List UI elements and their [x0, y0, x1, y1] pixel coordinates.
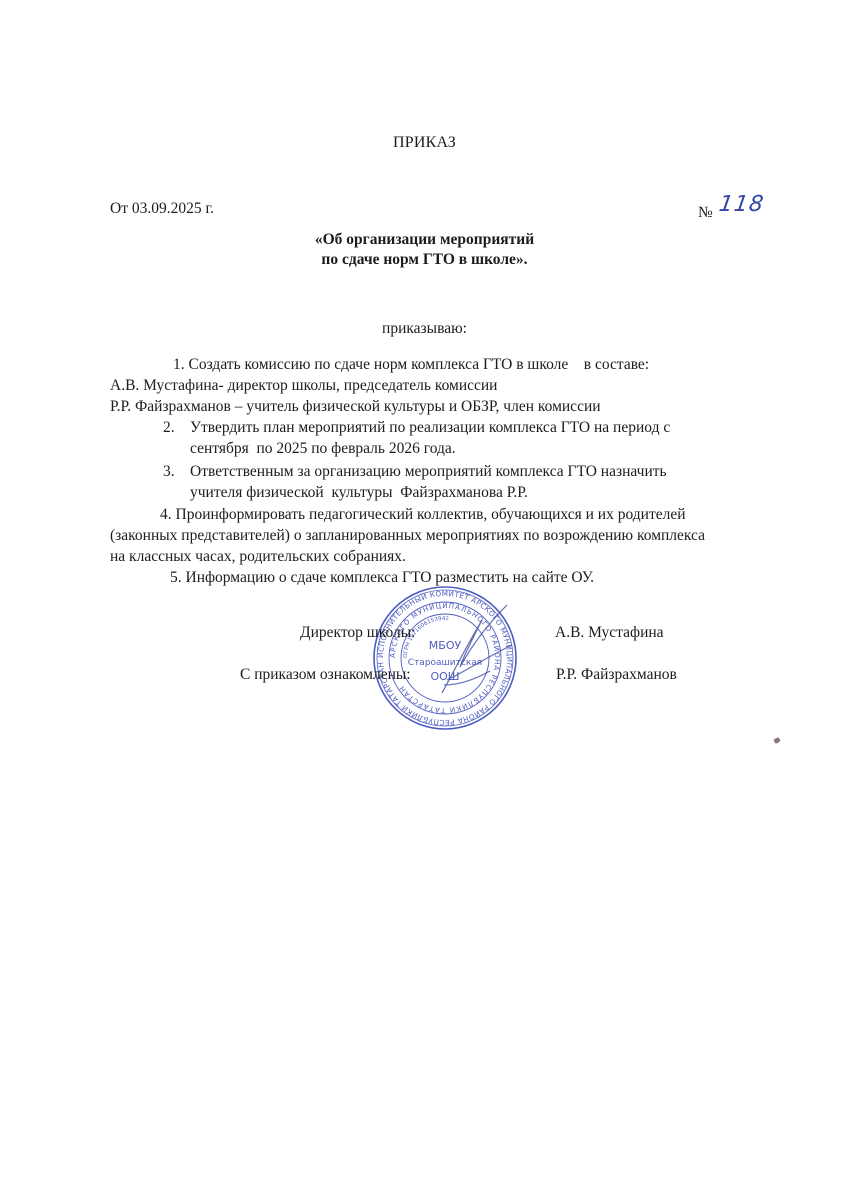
item-1-text: Создать комиссию по сдаче норм комплекса… — [189, 356, 650, 373]
number-sign: № — [698, 204, 713, 221]
order-number: №118 — [698, 192, 764, 217]
item-4-line-2: (законных представителей) о запланирован… — [110, 527, 705, 545]
item-2-line-1: Утвердить план мероприятий по реализации… — [190, 419, 670, 437]
decree-word: приказываю: — [0, 320, 849, 338]
item-4-number: 4. — [160, 506, 172, 523]
scan-speck — [773, 737, 781, 744]
commission-member-2: Р.Р. Файзрахманов – учитель физической к… — [110, 398, 601, 416]
item-3-number: 3. — [163, 463, 175, 481]
document-title: ПРИКАЗ — [0, 134, 849, 152]
order-date: От 03.09.2025 г. — [110, 200, 214, 218]
commission-member-1: А.В. Мустафина- директор школы, председа… — [110, 377, 497, 395]
item-4-line-3: на классных часах, родительских собрания… — [110, 548, 406, 566]
item-4-line-1: 4. Проинформировать педагогический колле… — [160, 506, 686, 524]
item-3-line-2: учителя физической культуры Файзрахманов… — [190, 484, 528, 502]
official-stamp-icon: ИСПОЛНИТЕЛЬНЫЙ КОМИТЕТ АРСКОГО МУНИЦИПАЛ… — [372, 585, 518, 731]
item-2-number: 2. — [163, 419, 175, 437]
item-4-text: Проинформировать педагогический коллекти… — [176, 506, 686, 523]
director-name: А.В. Мустафина — [555, 624, 664, 642]
item-1: 1. Создать комиссию по сдаче норм компле… — [173, 356, 649, 374]
acknowledged-name: Р.Р. Файзрахманов — [556, 666, 677, 684]
item-1-number: 1. — [173, 356, 185, 373]
item-5-number: 5. — [170, 569, 182, 586]
director-label: Директор школы: — [300, 624, 415, 642]
item-2-line-2: сентября по 2025 по февраль 2026 года. — [190, 440, 456, 458]
handwritten-number: 118 — [717, 192, 766, 217]
subject-line-1: «Об организации мероприятий — [0, 230, 849, 250]
acknowledged-label: С приказом ознакомлены: — [240, 666, 411, 684]
subject-line-2: по сдаче норм ГТО в школе». — [0, 250, 849, 270]
item-5-text: Информацию о сдаче комплекса ГТО размест… — [186, 569, 595, 586]
item-3-line-1: Ответственным за организацию мероприятий… — [190, 463, 667, 481]
svg-text:МБОУ: МБОУ — [429, 639, 462, 652]
order-subject: «Об организации мероприятий по сдаче нор… — [0, 230, 849, 270]
